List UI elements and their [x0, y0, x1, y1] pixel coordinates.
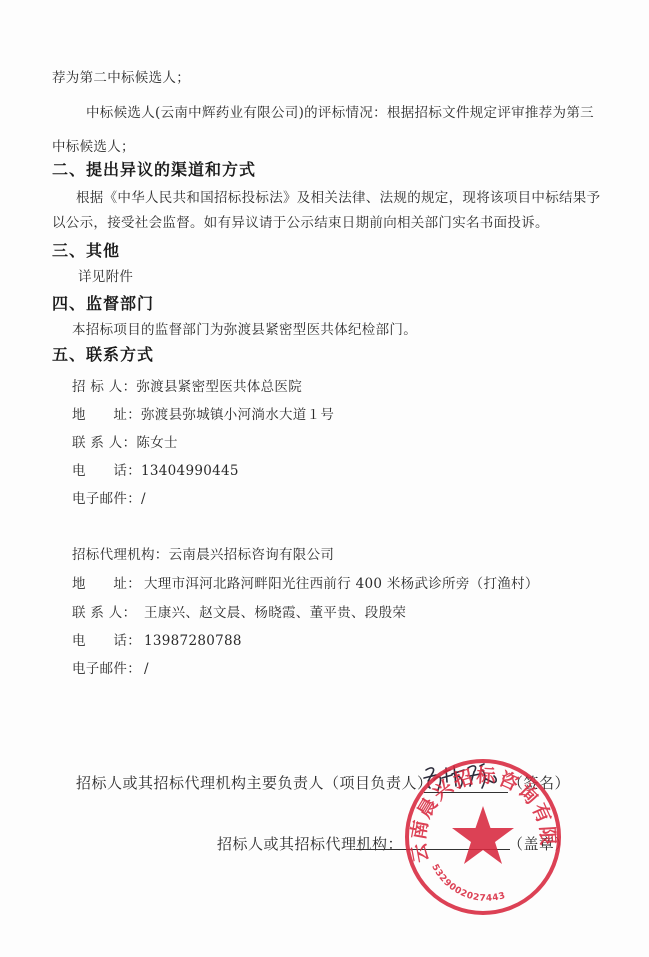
agency-name-value: 云南晨兴招标咨询有限公司 [169, 543, 335, 563]
company-seal-stamp: 云南晨兴招标咨询有限公司 5329002027443 [402, 756, 564, 918]
objection-text-line2: 以公示，接受社会监督。如有异议请于公示结束日期前向相关部门实名书面投诉。 [52, 211, 549, 231]
tenderer-contact-value: 陈女士 [136, 431, 177, 451]
objection-text-line1: 根据《中华人民共和国招标投标法》及相关法律、法规的规定，现将该项目中标结果予 [76, 186, 600, 206]
tenderer-name-label: 招 标 人： [72, 375, 136, 395]
agency-name-label: 招标代理机构： [72, 543, 169, 563]
agency-phone-row: 电 话：13987280788 [72, 629, 242, 649]
agency-contact-value: 王康兴、赵文晨、杨晓霞、董平贵、段殷荣 [144, 601, 406, 621]
paragraph-candidate-3-tail: 中标候选人； [52, 135, 135, 155]
agency-contact-label: 联 系 人： [72, 601, 144, 621]
tenderer-phone-row: 电 话：13404990445 [72, 459, 239, 479]
agency-address-value: 大理市洱河北路河畔阳光往西前行 400 米杨武诊所旁（打渔村） [144, 572, 539, 592]
tenderer-address-label: 地 址： [72, 403, 141, 423]
tenderer-phone-value: 13404990445 [141, 463, 239, 479]
tenderer-name-value: 弥渡县紧密型医共体总医院 [136, 375, 302, 395]
tenderer-contact-label: 联 系 人： [72, 431, 136, 451]
supervision-text: 本招标项目的监督部门为弥渡县紧密型医共体纪检部门。 [72, 318, 417, 338]
section-heading-supervision: 四、监督部门 [52, 291, 154, 314]
tenderer-email-label: 电子邮件： [72, 487, 141, 507]
tenderer-address-value: 弥渡县弥城镇小河淌水大道１号 [141, 403, 334, 423]
paragraph-candidate-3: 中标候选人(云南中辉药业有限公司)的评标情况：根据招标文件规定评审推荐为第三 [86, 101, 594, 121]
section-heading-contact: 五、联系方式 [52, 342, 154, 365]
tenderer-address-row: 地 址：弥渡县弥城镇小河淌水大道１号 [72, 403, 334, 423]
agency-email-label: 电子邮件： [72, 657, 144, 677]
svg-text:5329002027443: 5329002027443 [429, 863, 507, 904]
agency-address-label: 地 址： [72, 572, 144, 592]
agency-phone-value: 13987280788 [144, 633, 242, 649]
responsible-person-label: 招标人或其招标代理机构主要负责人（项目负责人）： [76, 772, 441, 793]
agency-seal-label: 招标人或其招标代理机构： [217, 833, 403, 854]
agency-email-row: 电子邮件：/ [72, 657, 149, 677]
tenderer-name-row: 招 标 人：弥渡县紧密型医共体总医院 [72, 375, 302, 395]
other-text: 详见附件 [78, 265, 133, 285]
tenderer-email-row: 电子邮件：/ [72, 487, 146, 507]
agency-contact-row: 联 系 人：王康兴、赵文晨、杨晓霞、董平贵、段殷荣 [72, 601, 406, 621]
document-page: 荐为第二中标候选人； 中标候选人(云南中辉药业有限公司)的评标情况：根据招标文件… [0, 0, 649, 957]
agency-email-value: / [144, 661, 149, 677]
paragraph-candidate-2-tail: 荐为第二中标候选人； [52, 66, 190, 86]
section-heading-objection: 二、提出异议的渠道和方式 [52, 157, 256, 180]
agency-phone-label: 电 话： [72, 629, 144, 649]
agency-name-row: 招标代理机构：云南晨兴招标咨询有限公司 [72, 543, 334, 563]
section-heading-other: 三、其他 [52, 238, 120, 261]
tenderer-email-value: / [141, 491, 146, 507]
stamp-code-text: 5329002027443 [429, 863, 507, 904]
tenderer-phone-label: 电 话： [72, 459, 141, 479]
agency-address-row: 地 址：大理市洱河北路河畔阳光往西前行 400 米杨武诊所旁（打渔村） [72, 572, 539, 592]
tenderer-contact-row: 联 系 人：陈女士 [72, 431, 178, 451]
